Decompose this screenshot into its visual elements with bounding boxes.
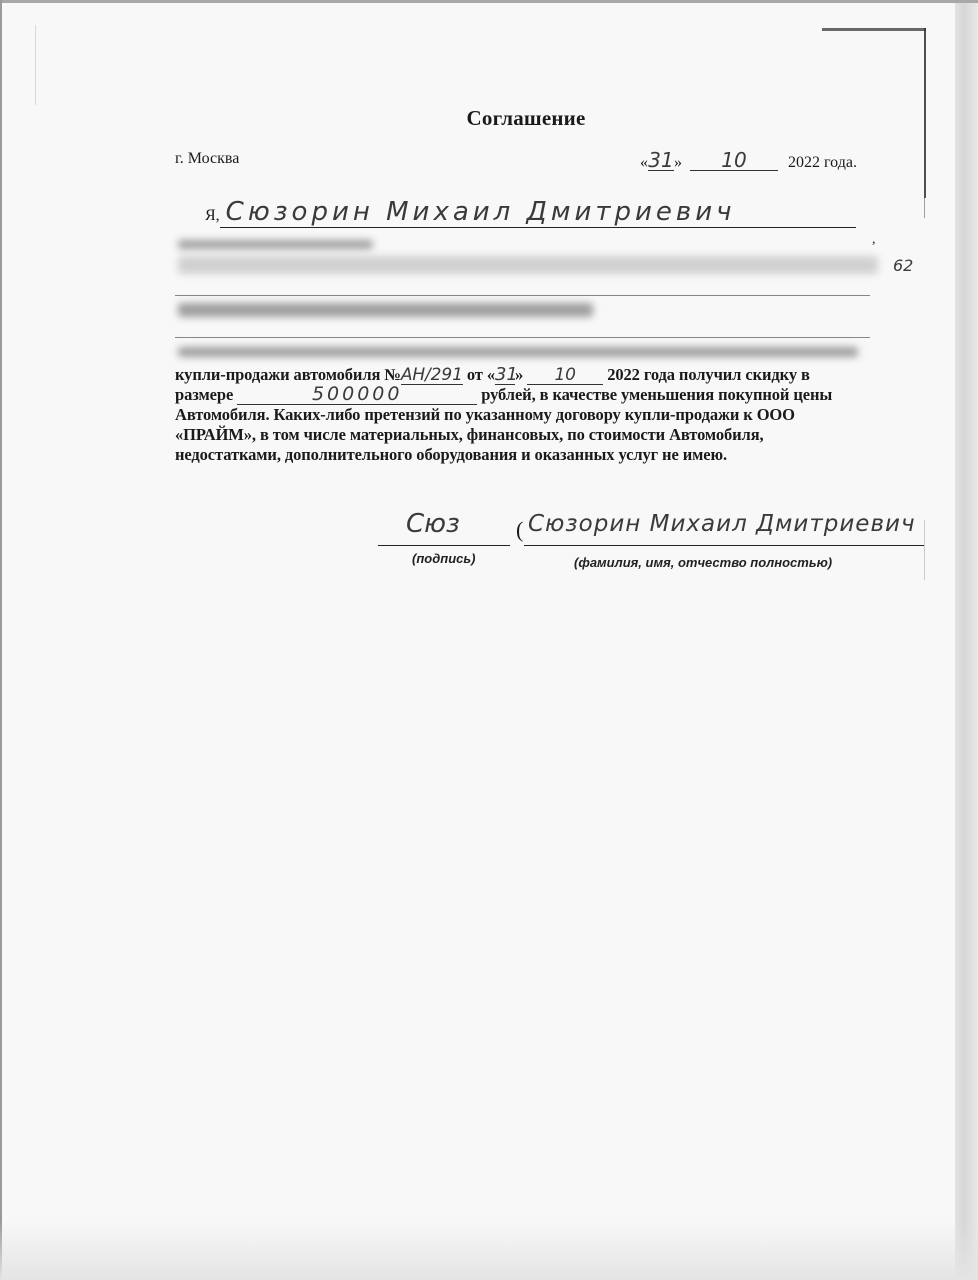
redacted-registration-label [178, 240, 373, 249]
contract-date-label: от « [467, 365, 495, 384]
contract-day-handwritten: 31 [495, 366, 515, 385]
redacted-address [178, 256, 878, 274]
signature-caption: (подпись) [412, 551, 475, 566]
body-line: Автомобиля. Каких-либо претензий по указ… [175, 405, 875, 425]
date-year: 2022 года. [788, 154, 857, 171]
agreement-body: купли-продажи автомобиля №АН/291 от «31»… [175, 365, 875, 465]
signatory-name-handwritten: Сюзорин Михаил Дмитриевич [528, 511, 916, 537]
contract-date-close-quote: » [515, 365, 523, 384]
signature-line [378, 545, 510, 546]
body-line: «ПРАЙМ», в том числе материальных, финан… [175, 425, 875, 445]
declarant-prefix: Я, [205, 207, 220, 224]
name-line [524, 545, 924, 546]
name-caption: (фамилия, имя, отчество полностью) [574, 555, 832, 570]
date-month-handwritten: 10 [690, 150, 778, 171]
redacted-passport [178, 303, 593, 317]
body-line: недостатками, дополнительного оборудован… [175, 445, 875, 465]
city: г. Москва [175, 150, 239, 168]
contract-number-handwritten: АН/291 [401, 367, 463, 385]
scan-frame-mark [924, 198, 925, 218]
contract-number-label: купли-продажи автомобиля № [175, 365, 401, 384]
discount-amount-handwritten: 500000 [237, 385, 477, 405]
page-left-border [0, 0, 2, 1280]
page-top-border [0, 0, 978, 3]
scan-frame-mark [822, 28, 926, 31]
address-note-handwritten: 62 [893, 256, 913, 275]
address-underline [175, 295, 870, 296]
contract-month-handwritten: 10 [527, 367, 603, 385]
declarant-name-handwritten: Сюзорин Михаил Дмитриевич [220, 198, 856, 228]
signature-handwritten: Сюз [406, 509, 460, 539]
date-open-quote: « [640, 154, 648, 171]
date-close-quote: » [674, 154, 682, 171]
scan-frame-mark [924, 520, 925, 580]
contract-year-text: 2022 года получил скидку в [607, 365, 810, 384]
document-title: Соглашение [0, 106, 978, 131]
scan-edge-shadow [955, 3, 978, 1280]
date-day-handwritten: 31 [648, 150, 674, 171]
declarant-line: Я,Сюзорин Михаил Дмитриевич [205, 198, 856, 228]
name-open-paren: ( [516, 517, 523, 543]
redacted-issued-by [178, 347, 858, 357]
document-date: «31» 10 2022 года. [640, 150, 857, 172]
body-line-discount: размере 500000 рублей, в качестве уменьш… [175, 385, 875, 405]
declarant-trailing-comma: , [872, 232, 876, 248]
scan-bottom-shadow [0, 1220, 978, 1280]
discount-suffix: рублей, в качестве уменьшения покупной ц… [481, 385, 832, 404]
scan-artifact [35, 25, 36, 105]
passport-underline [175, 337, 870, 338]
body-line-contract: купли-продажи автомобиля №АН/291 от «31»… [175, 365, 875, 385]
discount-label: размере [175, 385, 233, 404]
